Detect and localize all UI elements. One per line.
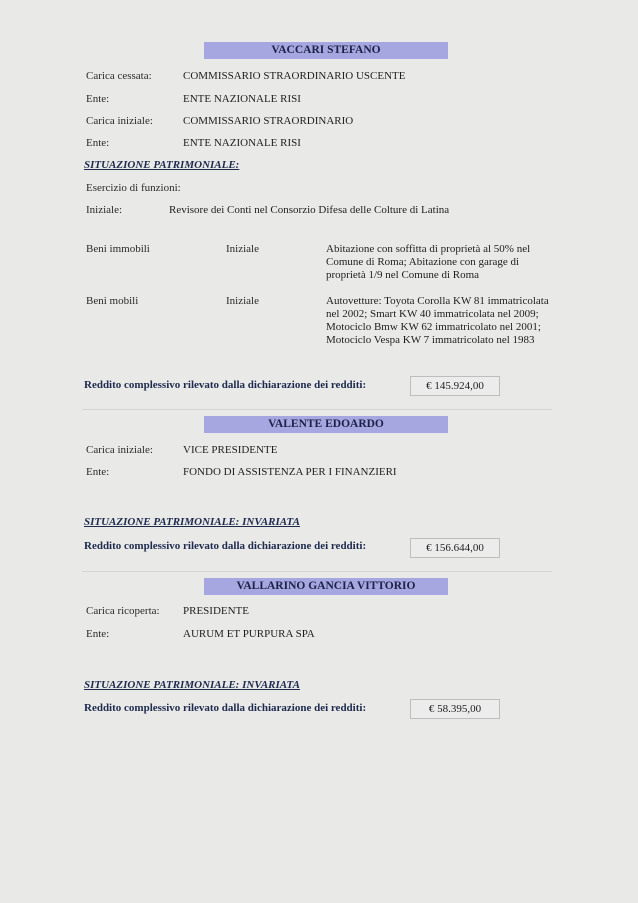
ente-label: Ente:	[86, 137, 109, 149]
ente-label: Ente:	[86, 628, 109, 640]
ente-value: ENTE NAZIONALE RISI	[183, 137, 301, 149]
role-label: Carica cessata:	[86, 70, 152, 82]
section-divider	[82, 571, 552, 572]
beni-description: Abitazione con soffitta di proprietà al …	[326, 243, 554, 282]
beni-status: Iniziale	[226, 295, 259, 307]
esercizio-label: Esercizio di funzioni:	[86, 182, 181, 194]
situazione-patrimoniale-heading: SITUAZIONE PATRIMONIALE: INVARIATA	[84, 516, 300, 528]
situazione-patrimoniale-heading: SITUAZIONE PATRIMONIALE: INVARIATA	[84, 679, 300, 691]
role-label: Carica iniziale:	[86, 115, 153, 127]
ente-label: Ente:	[86, 466, 109, 478]
role-label: Carica iniziale:	[86, 444, 153, 456]
ente-value: ENTE NAZIONALE RISI	[183, 93, 301, 105]
person-name-header: VALLARINO GANCIA VITTORIO	[204, 578, 448, 595]
beni-type: Beni immobili	[86, 243, 150, 255]
role-value: COMMISSARIO STRAORDINARIO USCENTE	[183, 70, 405, 82]
beni-status: Iniziale	[226, 243, 259, 255]
beni-description: Autovetture: Toyota Corolla KW 81 immatr…	[326, 295, 558, 347]
reddito-label: Reddito complessivo rilevato dalla dichi…	[84, 702, 366, 714]
reddito-amount: € 58.395,00	[410, 699, 500, 719]
ente-value: FONDO DI ASSISTENZA PER I FINANZIERI	[183, 466, 397, 478]
role-value: COMMISSARIO STRAORDINARIO	[183, 115, 353, 127]
section-divider	[82, 409, 552, 410]
reddito-label: Reddito complessivo rilevato dalla dichi…	[84, 540, 366, 552]
ente-label: Ente:	[86, 93, 109, 105]
iniziale-label: Iniziale:	[86, 204, 122, 216]
role-label: Carica ricoperta:	[86, 605, 160, 617]
role-value: VICE PRESIDENTE	[183, 444, 277, 456]
role-value: PRESIDENTE	[183, 605, 249, 617]
ente-value: AURUM ET PURPURA SPA	[183, 628, 315, 640]
person-name-header: VALENTE EDOARDO	[204, 416, 448, 433]
reddito-amount: € 156.644,00	[410, 538, 500, 558]
person-name-header: VACCARI STEFANO	[204, 42, 448, 59]
iniziale-value: Revisore dei Conti nel Consorzio Difesa …	[169, 204, 449, 216]
reddito-label: Reddito complessivo rilevato dalla dichi…	[84, 379, 366, 391]
situazione-patrimoniale-heading: SITUAZIONE PATRIMONIALE:	[84, 159, 239, 171]
reddito-amount: € 145.924,00	[410, 376, 500, 396]
beni-type: Beni mobili	[86, 295, 138, 307]
